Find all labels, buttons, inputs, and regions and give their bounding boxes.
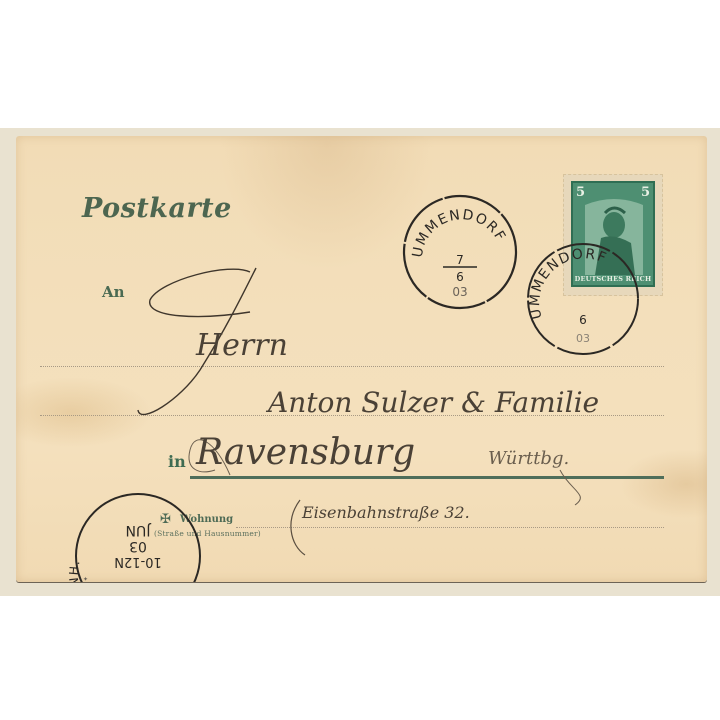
postmark-town: UMMENDORF <box>410 207 509 259</box>
svg-text:JUN: JUN <box>126 522 152 538</box>
svg-text:6: 6 <box>456 270 464 284</box>
city-text: Ravensburg <box>196 432 415 473</box>
svg-text:03: 03 <box>129 538 147 554</box>
region-text: Württbg. <box>488 448 569 469</box>
svg-text:7: 7 <box>456 253 464 267</box>
svg-text:6: 6 <box>579 313 587 327</box>
svg-text:03: 03 <box>452 285 467 299</box>
salutation-text: Herrn <box>196 328 288 363</box>
handwriting-flourish <box>0 0 720 720</box>
postmark-ummendorf-1: UMMENDORF 7 6 03 <box>400 192 520 312</box>
svg-text:10-12N: 10-12N <box>114 554 162 569</box>
postmark-town: UMMENDORF <box>527 246 609 321</box>
recipient-name: Anton Sulzer & Familie <box>268 386 599 419</box>
street-text: Eisenbahnstraße 32. <box>302 503 470 522</box>
svg-text:UMMENDORF: UMMENDORF <box>527 246 609 321</box>
postmark-ummendorf-2: UMMENDORF 6 03 <box>524 240 642 358</box>
svg-text:UMMENDORF: UMMENDORF <box>410 207 509 259</box>
print-mark: ✦ <box>83 576 88 583</box>
svg-text:03: 03 <box>576 332 590 345</box>
